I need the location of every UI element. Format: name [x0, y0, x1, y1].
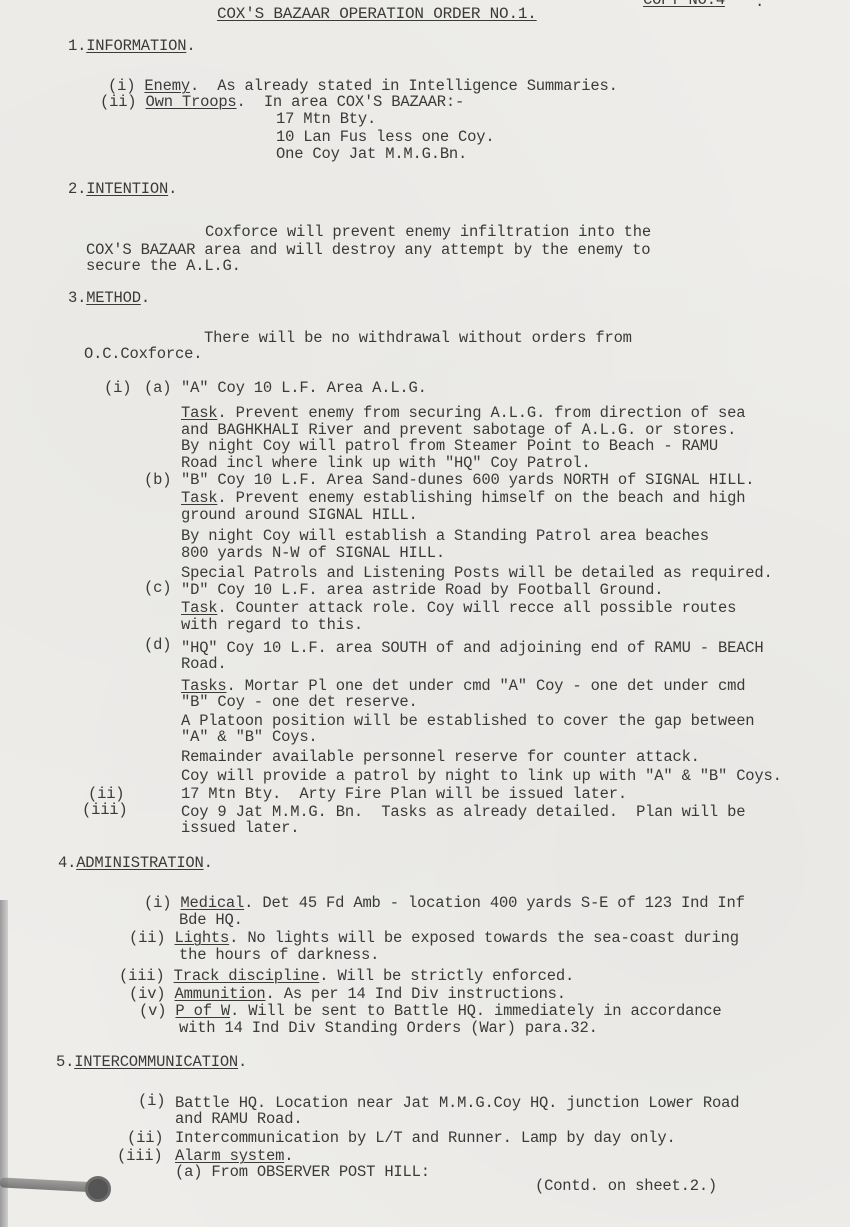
- method-a-line: "A" Coy 10 L.F. Area A.L.G.: [181, 380, 427, 397]
- continued-note: (Contd. on sheet.2.): [535, 1178, 717, 1195]
- method-d-label: (d): [144, 637, 171, 654]
- admin-pow-cont: with 14 Ind Div Standing Orders (War) pa…: [179, 1020, 598, 1037]
- method-c-label: (c): [144, 580, 171, 597]
- method-intro: O.C.Coxforce.: [84, 346, 202, 363]
- comm-observer-post: (a) From OBSERVER POST HILL:: [175, 1164, 430, 1181]
- intention-text: secure the A.L.G.: [86, 258, 241, 275]
- method-i-label: (i): [104, 380, 131, 397]
- method-iii-text: issued later.: [181, 820, 299, 837]
- section-4-heading: 4.ADMINISTRATION.: [58, 855, 213, 872]
- method-d-line: Remainder available personnel reserve fo…: [181, 749, 700, 766]
- section-3-heading: 3.METHOD.: [68, 290, 150, 307]
- admin-track: (iii) Track discipline. Will be strictly…: [119, 968, 574, 985]
- method-b-line: "B" Coy 10 L.F. Area Sand-dunes 600 yard…: [181, 472, 754, 489]
- comm-intercom: Intercommunication by L/T and Runner. La…: [175, 1130, 676, 1147]
- method-d-line: Coy will provide a patrol by night to li…: [181, 768, 782, 785]
- method-d-line: "HQ" Coy 10 L.F. area SOUTH of and adjoi…: [181, 640, 764, 657]
- method-d-line: "B" Coy - one det reserve.: [181, 694, 418, 711]
- intention-text: Coxforce will prevent enemy infiltration…: [205, 224, 651, 241]
- method-a-line: Road incl where link up with "HQ" Coy Pa…: [181, 455, 591, 472]
- method-c-task: Task. Counter attack role. Coy will recc…: [181, 600, 736, 617]
- copy-number-label: COPY NO.4: [643, 0, 725, 9]
- method-ii-text: 17 Mtn Bty. Arty Fire Plan will be issue…: [181, 786, 627, 803]
- method-b-line: By night Coy will establish a Standing P…: [181, 528, 709, 545]
- method-b-label: (b): [144, 472, 171, 489]
- method-c-line: with regard to this.: [181, 617, 363, 634]
- admin-medical-cont: Bde HQ.: [179, 912, 243, 929]
- troop-line: 17 Mtn Bty.: [276, 111, 376, 128]
- admin-lights: (ii) Lights. No lights will be exposed t…: [129, 930, 739, 947]
- method-d-line: "A" & "B" Coys.: [181, 729, 318, 746]
- method-iii-label: (iii): [82, 802, 128, 819]
- troop-line: One Coy Jat M.M.G.Bn.: [276, 146, 467, 163]
- method-a-label: (a): [144, 380, 171, 397]
- admin-lights-cont: the hours of darkness.: [179, 947, 379, 964]
- admin-pow: (v) P of W. Will be sent to Battle HQ. i…: [139, 1003, 722, 1020]
- method-b-line: 800 yards N-W of SIGNAL HILL.: [181, 545, 445, 562]
- document-page: COX'S BAZAAR OPERATION ORDER NO.1. COPY …: [0, 0, 850, 1227]
- tag-eyelet: [85, 1176, 111, 1202]
- section-2-heading: 2.INTENTION.: [68, 181, 177, 198]
- admin-ammunition: (iv) Ammunition. As per 14 Ind Div instr…: [129, 986, 566, 1003]
- method-b-task: Task. Prevent enemy establishing himself…: [181, 490, 745, 507]
- document-title: COX'S BAZAAR OPERATION ORDER NO.1.: [217, 6, 537, 23]
- method-a-line: By night Coy will patrol from Steamer Po…: [181, 438, 718, 455]
- comm-iii-label: (iii): [117, 1148, 163, 1165]
- method-a-task: Task. Prevent enemy from securing A.L.G.…: [181, 405, 745, 422]
- method-b-line: Special Patrols and Listening Posts will…: [181, 565, 773, 582]
- comm-ii-label: (ii): [127, 1130, 163, 1147]
- method-b-line: ground around SIGNAL HILL.: [181, 507, 418, 524]
- method-intro: There will be no withdrawal without orde…: [204, 330, 632, 347]
- method-d-line: Road.: [181, 656, 227, 673]
- admin-medical: (i) Medical. Det 45 Fd Amb - location 40…: [144, 895, 745, 912]
- troop-line: 10 Lan Fus less one Coy.: [276, 129, 494, 146]
- method-c-line: "D" Coy 10 L.F. area astride Road by Foo…: [181, 582, 663, 599]
- comm-i-label: (i): [138, 1093, 165, 1110]
- comm-battle-hq-cont: and RAMU Road.: [175, 1111, 302, 1128]
- section-5-heading: 5.INTERCOMMUNICATION.: [56, 1054, 247, 1071]
- section-1-heading: 1.INFORMATION.: [68, 38, 195, 55]
- copy-dot: .: [755, 0, 764, 11]
- info-own-troops: (ii) Own Troops. In area COX'S BAZAAR:-: [100, 94, 464, 111]
